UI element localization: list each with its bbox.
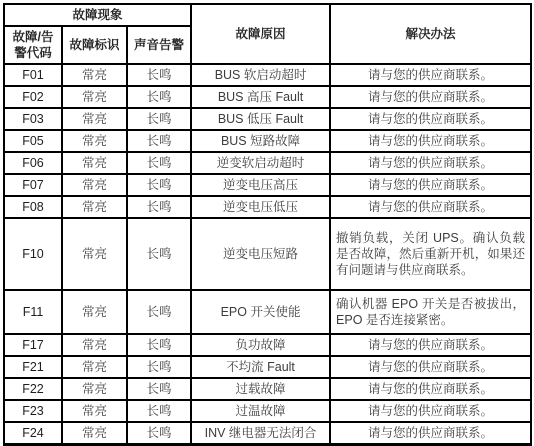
cell-code: F07 xyxy=(4,174,62,196)
table-row: F01常亮长鸣BUS 软启动超时请与您的供应商联系。 xyxy=(4,64,531,86)
cell-solution: 请与您的供应商联系。 xyxy=(330,174,531,196)
cell-solution: 请与您的供应商联系。 xyxy=(330,152,531,174)
cell-cause: 逆变电压短路 xyxy=(191,218,330,290)
table-row: F02常亮长鸣BUS 高压 Fault请与您的供应商联系。 xyxy=(4,86,531,108)
cell-solution: 请与您的供应商联系。 xyxy=(330,86,531,108)
cell-indicator: 常亮 xyxy=(62,174,127,196)
cell-indicator: 常亮 xyxy=(62,378,127,400)
cell-sound: 长鸣 xyxy=(127,356,191,378)
cell-indicator: 常亮 xyxy=(62,290,127,334)
cell-solution: 请与您的供应商联系。 xyxy=(330,334,531,356)
cell-code: F22 xyxy=(4,378,62,400)
cell-sound: 长鸣 xyxy=(127,174,191,196)
cell-sound: 长鸣 xyxy=(127,378,191,400)
cell-solution: 请与您的供应商联系。 xyxy=(330,356,531,378)
cell-code: F24 xyxy=(4,422,62,445)
cell-cause: 逆变软启动超时 xyxy=(191,152,330,174)
cell-indicator: 常亮 xyxy=(62,400,127,422)
header-sound-alarm: 声音告警 xyxy=(127,26,191,64)
cell-code: F21 xyxy=(4,356,62,378)
cell-indicator: 常亮 xyxy=(62,218,127,290)
header-fault-code: 故障/告警代码 xyxy=(4,26,62,64)
cell-sound: 长鸣 xyxy=(127,108,191,130)
cell-indicator: 常亮 xyxy=(62,356,127,378)
cell-cause: BUS 低压 Fault xyxy=(191,108,330,130)
cell-sound: 长鸣 xyxy=(127,64,191,86)
cell-sound: 长鸣 xyxy=(127,86,191,108)
table-row: F06常亮长鸣逆变软启动超时请与您的供应商联系。 xyxy=(4,152,531,174)
cell-code: F08 xyxy=(4,196,62,218)
cell-sound: 长鸣 xyxy=(127,218,191,290)
cell-cause: 负功故障 xyxy=(191,334,330,356)
cell-solution: 请与您的供应商联系。 xyxy=(330,130,531,152)
table-row: F24常亮长鸣INV 继电器无法闭合请与您的供应商联系。 xyxy=(4,422,531,445)
table-row: F03常亮长鸣BUS 低压 Fault请与您的供应商联系。 xyxy=(4,108,531,130)
table-row: F07常亮长鸣逆变电压高压请与您的供应商联系。 xyxy=(4,174,531,196)
cell-code: F01 xyxy=(4,64,62,86)
header-row-group: 故障现象 故障原因 解决办法 xyxy=(4,4,531,26)
cell-sound: 长鸣 xyxy=(127,130,191,152)
cell-solution: 请与您的供应商联系。 xyxy=(330,196,531,218)
cell-code: F23 xyxy=(4,400,62,422)
table-row: F08常亮长鸣逆变电压低压请与您的供应商联系。 xyxy=(4,196,531,218)
table-row: F10常亮长鸣逆变电压短路撤销负载，关闭 UPS。确认负载是否故障，然后重新开机… xyxy=(4,218,531,290)
cell-indicator: 常亮 xyxy=(62,196,127,218)
header-solution: 解决办法 xyxy=(330,4,531,64)
cell-cause: 过温故障 xyxy=(191,400,330,422)
table-row: F21常亮长鸣不均流 Fault请与您的供应商联系。 xyxy=(4,356,531,378)
cell-indicator: 常亮 xyxy=(62,130,127,152)
cell-sound: 长鸣 xyxy=(127,400,191,422)
cell-code: F03 xyxy=(4,108,62,130)
cell-solution: 请与您的供应商联系。 xyxy=(330,378,531,400)
cell-cause: 过载故障 xyxy=(191,378,330,400)
cell-indicator: 常亮 xyxy=(62,108,127,130)
cell-cause: 逆变电压低压 xyxy=(191,196,330,218)
table-row: F05常亮长鸣BUS 短路故障请与您的供应商联系。 xyxy=(4,130,531,152)
cell-code: F05 xyxy=(4,130,62,152)
cell-code: F17 xyxy=(4,334,62,356)
cell-cause: BUS 软启动超时 xyxy=(191,64,330,86)
cell-cause: 不均流 Fault xyxy=(191,356,330,378)
cell-cause: BUS 短路故障 xyxy=(191,130,330,152)
cell-indicator: 常亮 xyxy=(62,422,127,445)
cell-sound: 长鸣 xyxy=(127,290,191,334)
cell-solution: 请与您的供应商联系。 xyxy=(330,422,531,445)
cell-indicator: 常亮 xyxy=(62,64,127,86)
table-row: F22常亮长鸣过载故障请与您的供应商联系。 xyxy=(4,378,531,400)
cell-sound: 长鸣 xyxy=(127,196,191,218)
cell-indicator: 常亮 xyxy=(62,334,127,356)
cell-sound: 长鸣 xyxy=(127,152,191,174)
cell-indicator: 常亮 xyxy=(62,86,127,108)
fault-code-table: 故障现象 故障原因 解决办法 故障/告警代码 故障标识 声音告警 F01常亮长鸣… xyxy=(3,3,532,446)
table-header: 故障现象 故障原因 解决办法 故障/告警代码 故障标识 声音告警 xyxy=(4,4,531,64)
table-row: F17常亮长鸣负功故障请与您的供应商联系。 xyxy=(4,334,531,356)
cell-solution: 请与您的供应商联系。 xyxy=(330,108,531,130)
header-fault-phenomenon: 故障现象 xyxy=(4,4,191,26)
cell-solution: 请与您的供应商联系。 xyxy=(330,400,531,422)
cell-solution: 确认机器 EPO 开关是否被拔出，EPO 是否连接紧密。 xyxy=(330,290,531,334)
cell-sound: 长鸣 xyxy=(127,334,191,356)
cell-cause: 逆变电压高压 xyxy=(191,174,330,196)
cell-sound: 长鸣 xyxy=(127,422,191,445)
table-row: F23常亮长鸣过温故障请与您的供应商联系。 xyxy=(4,400,531,422)
cell-cause: INV 继电器无法闭合 xyxy=(191,422,330,445)
cell-solution: 撤销负载，关闭 UPS。确认负载是否故障，然后重新开机，如果还有问题请与供应商联… xyxy=(330,218,531,290)
cell-indicator: 常亮 xyxy=(62,152,127,174)
cell-code: F11 xyxy=(4,290,62,334)
cell-solution: 请与您的供应商联系。 xyxy=(330,64,531,86)
header-fault-cause: 故障原因 xyxy=(191,4,330,64)
cell-cause: BUS 高压 Fault xyxy=(191,86,330,108)
cell-code: F10 xyxy=(4,218,62,290)
cell-code: F02 xyxy=(4,86,62,108)
cell-code: F06 xyxy=(4,152,62,174)
table-body: F01常亮长鸣BUS 软启动超时请与您的供应商联系。F02常亮长鸣BUS 高压 … xyxy=(4,64,531,445)
header-fault-indicator: 故障标识 xyxy=(62,26,127,64)
table-row: F11常亮长鸣EPO 开关使能确认机器 EPO 开关是否被拔出，EPO 是否连接… xyxy=(4,290,531,334)
cell-cause: EPO 开关使能 xyxy=(191,290,330,334)
